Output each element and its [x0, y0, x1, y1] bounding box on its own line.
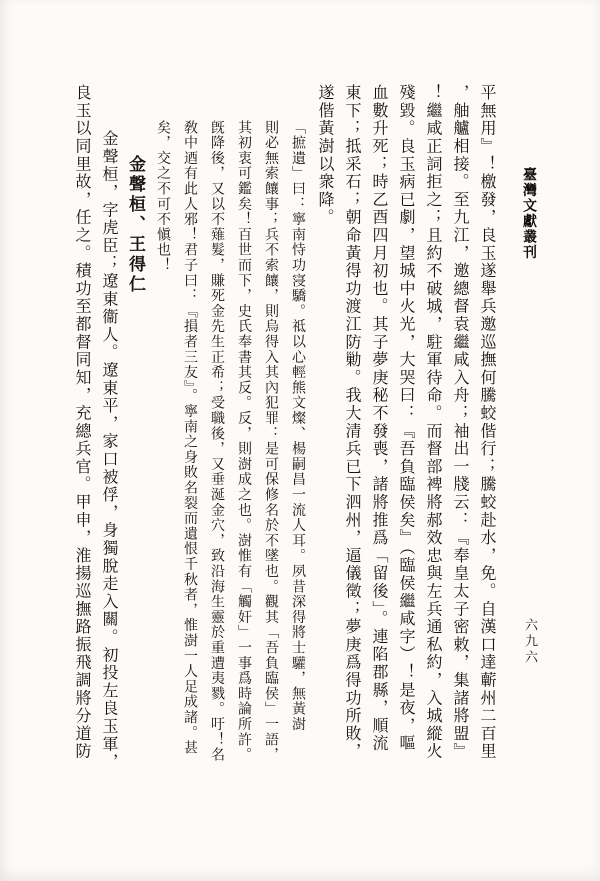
commentary-column-1: 「摭遺」曰：寧南恃功寖驕。祗以心輕熊文燦、楊嗣昌一流人耳。夙昔深得將士驩，無黃澍	[284, 84, 311, 829]
running-head-series-title: 臺灣文獻叢刊	[518, 167, 538, 260]
page-number: 六九六	[521, 618, 540, 666]
main-text-column-6: 東下；抵采石；朝命黃得功渡江防勦。我大清兵已下泗州，逼儀徵；夢庚爲得功所敗，	[338, 84, 365, 829]
vertical-text-block: 平無用』！檄發，良玉遂舉兵邀巡撫何騰蛟偕行；騰蛟赴水，免。自漢口達蘄州二百里 ，…	[68, 84, 500, 829]
commentary-column-3: 其初衷可鑑矣！百世而下，史氏奉書其反。反，則澍成之也。澍惟有「觸奸」一事爲時論所…	[230, 84, 257, 829]
main-text-column-4: 殘毀。良玉病已劇，望城中火光，大哭曰：『吾負臨侯矣』（臨侯繼咸字）！是夜，嘔	[392, 84, 419, 829]
section-title-jin-shenghuan-wang-deren: 金聲桓、王得仁	[122, 84, 149, 829]
commentary-column-2: 則必無索饟事；兵不索饟，則烏得入其內犯罪：是可保修名於不墜也。觀其「吾負臨侯」一…	[257, 84, 284, 829]
commentary-column-4: 旣降後，又以不薙髮，賺死金先生正希；受職後，又垂涎金穴，致沿海生靈於重遭夷戮。吁…	[203, 84, 230, 829]
main-text-column-2: ，舳艫相接。至九江，邀總督袁繼咸入舟；袖出一牋云：『奉皇太子密敕，集諸將盟』	[446, 84, 473, 829]
book-page-scan: 臺灣文獻叢刊 六九六 平無用』！檄發，良玉遂舉兵邀巡撫何騰蛟偕行；騰蛟赴水，免。…	[0, 0, 600, 881]
biography-column-1: 金聲桓，字虎臣；遼東衞人。遼東平，家口被俘，身獨脫走入關。初投左良玉軍，	[95, 84, 122, 829]
biography-column-2: 良玉以同里故，任之。積功至都督同知，充總兵官。甲申，淮揚巡撫路振飛調將分道防	[68, 84, 95, 829]
main-text-column-7: 遂偕黃澍以衆降。	[311, 84, 338, 829]
commentary-column-6: 矣，交之不可不愼也！	[149, 84, 176, 829]
commentary-column-5: 敎中迺有此人邪！君子曰：『損者三友』。寧南之身敗名裂而遺恨千秋者，惟澍一人足成諸…	[176, 84, 203, 829]
main-text-column-5: 血數升死；時乙酉四月初也。其子夢庚秘不發喪，諸將推爲「留後」。連陷郡縣，順流	[365, 84, 392, 829]
main-text-column-3: ！繼咸正詞拒之；且約不破城，駐軍待命。而督部裨將郝效忠與左兵通私約，入城縱火	[419, 84, 446, 829]
main-text-column-1: 平無用』！檄發，良玉遂舉兵邀巡撫何騰蛟偕行；騰蛟赴水，免。自漢口達蘄州二百里	[473, 84, 500, 829]
